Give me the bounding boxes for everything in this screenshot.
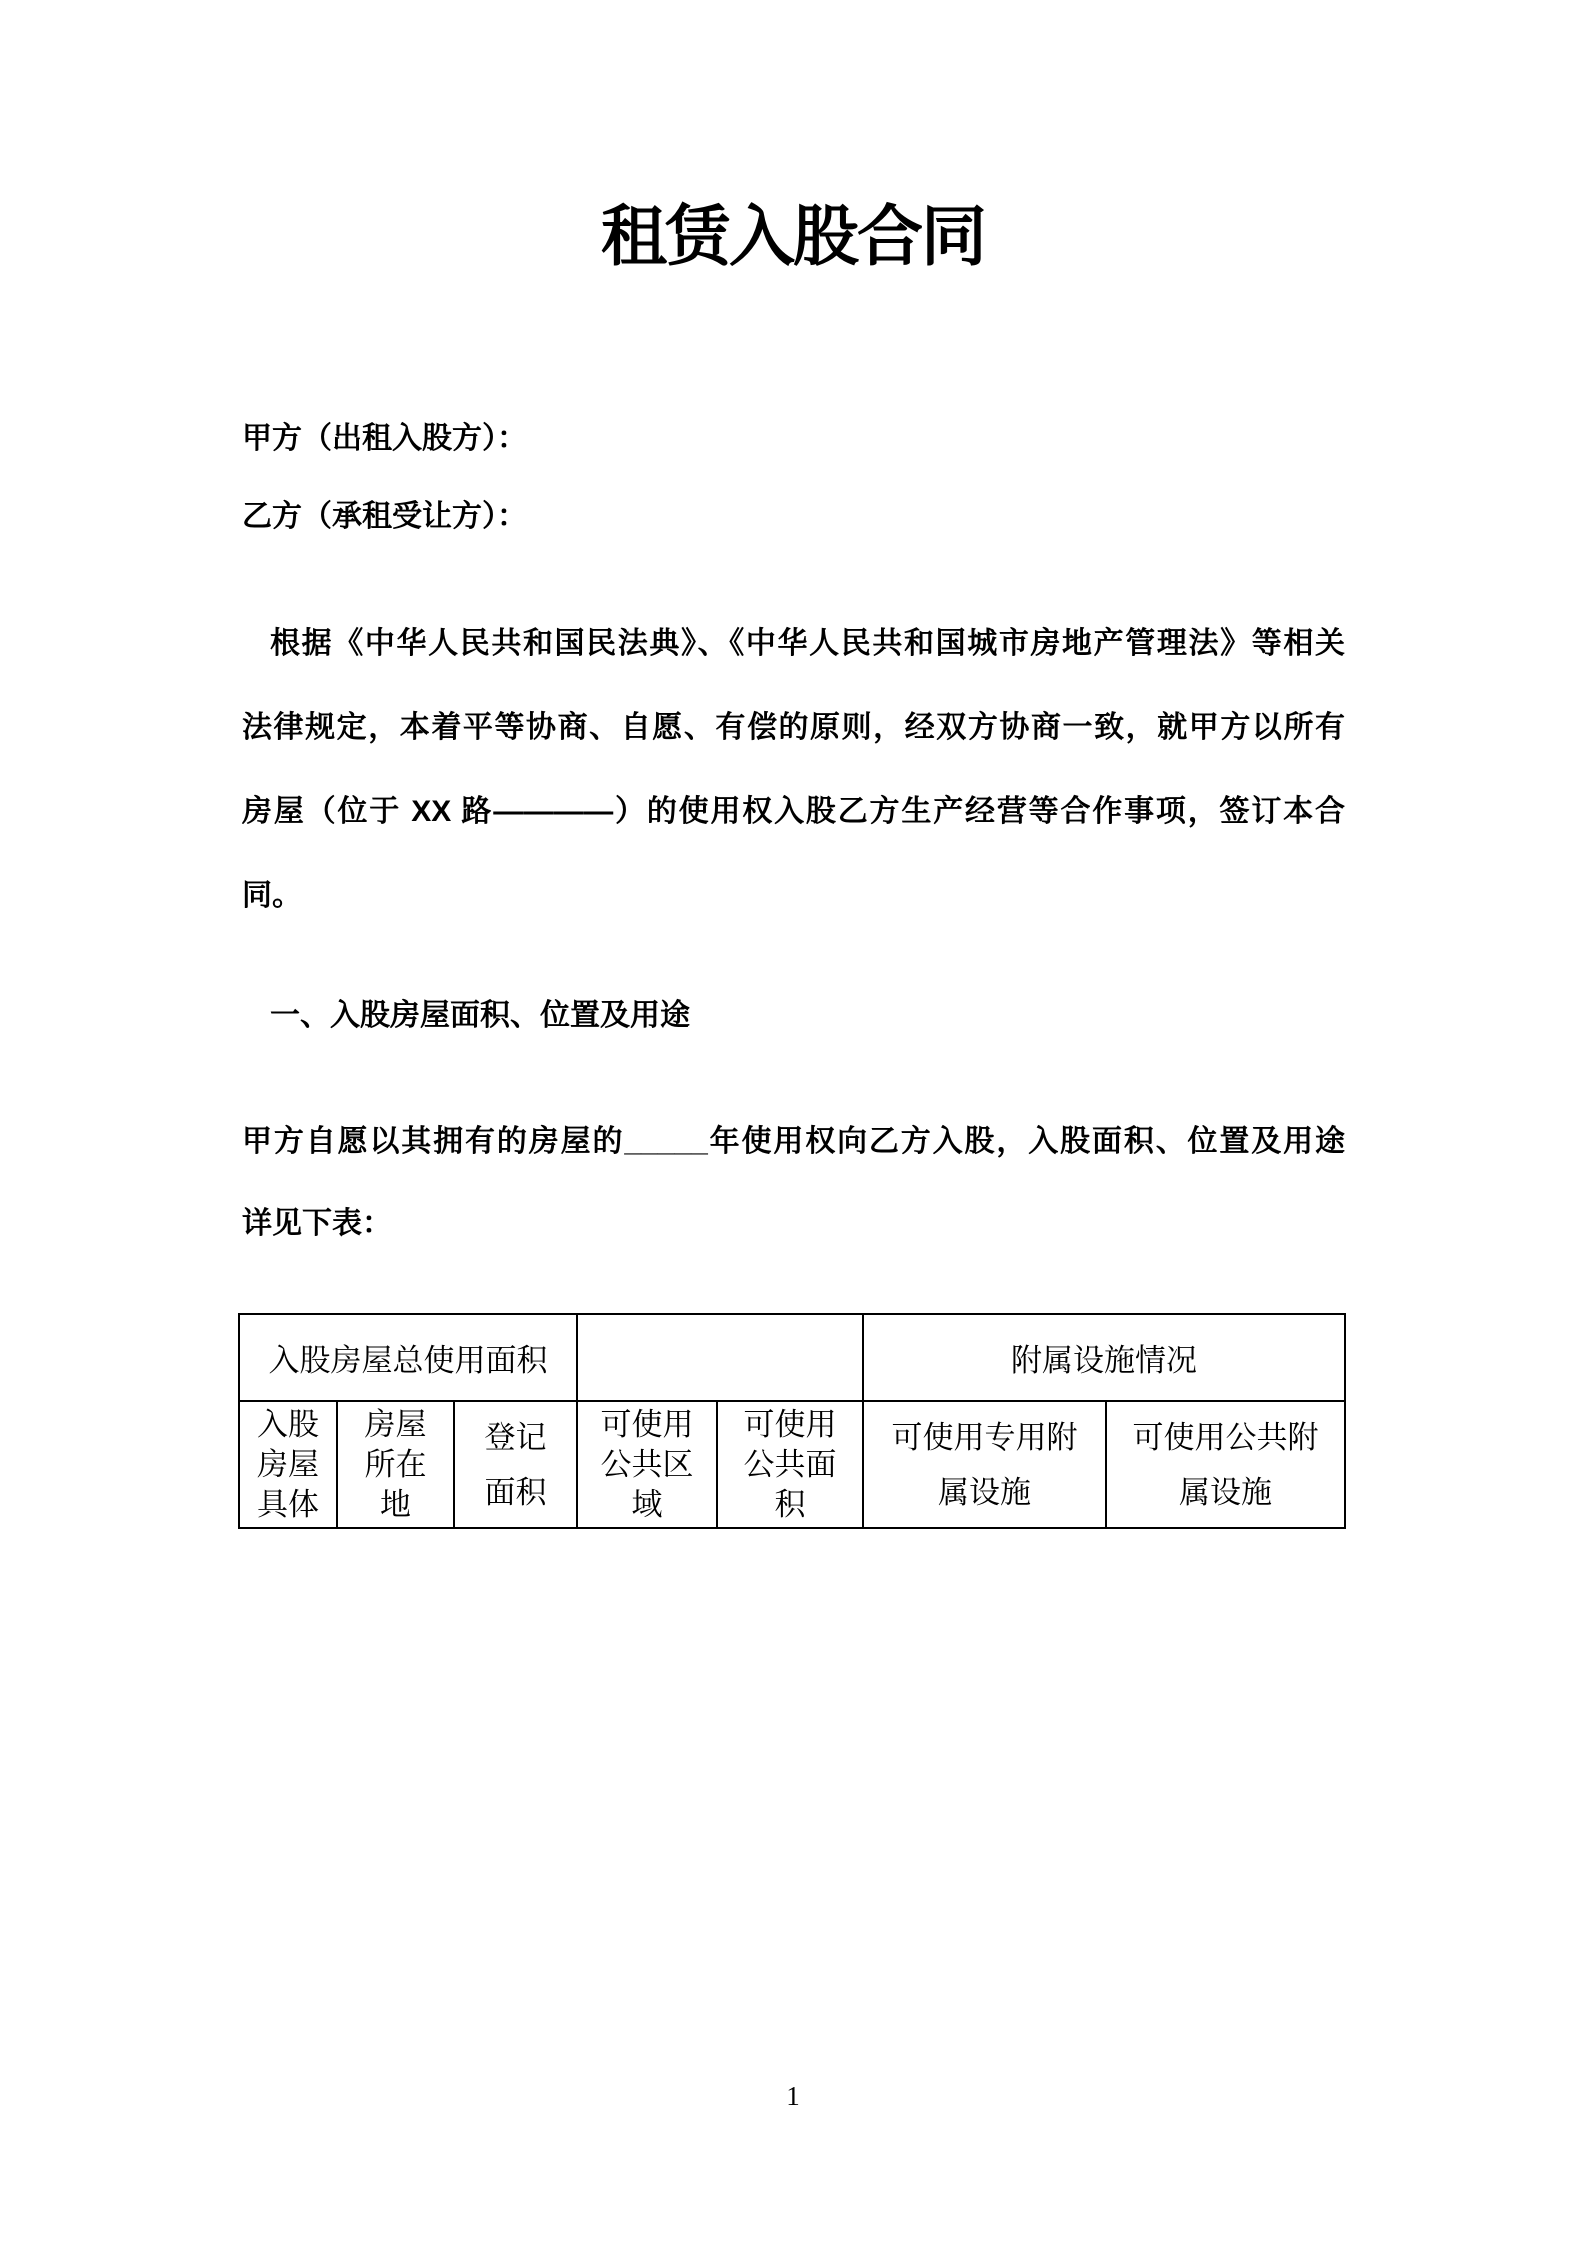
col-specific-house-label: 入股 房屋 具体 [240, 1405, 336, 1525]
th-total-use-area: 入股房屋总使用面积 [239, 1314, 577, 1401]
intro-line-4: 同。 [242, 879, 1345, 914]
section1-heading: 一、入股房屋面积、位置及用途 [242, 999, 1345, 1034]
housing-share-table: 入股房屋总使用面积 附属设施情况 入股 房屋 具体 房屋 所在 地 登记 面积 … [238, 1313, 1346, 1529]
page-number: 1 [0, 2082, 1586, 2112]
col-registered-area: 登记 面积 [454, 1401, 577, 1528]
table-header-row: 入股房屋总使用面积 附属设施情况 [239, 1314, 1345, 1401]
document-page: 租赁入股合同 甲方（出租入股方）： 乙方（承租受让方）： 根据《中华人民共和国民… [0, 0, 1586, 2244]
table-columns-row: 入股 房屋 具体 房屋 所在 地 登记 面积 可使用 公共区 域 可使用 公共面… [239, 1401, 1345, 1528]
col-usable-public-zone-label: 可使用 公共区 域 [578, 1405, 716, 1525]
col-dedicated-facilities-label: 可使用专用附 属设施 [864, 1410, 1105, 1520]
col-house-location-label: 房屋 所在 地 [338, 1405, 453, 1525]
col-usable-public-area-label: 可使用 公共面 积 [718, 1405, 862, 1525]
intro-line-3: 房屋（位于 XX 路————）的使用权入股乙方生产经营等合作事项，签订本合 [242, 795, 1345, 830]
section1-intro-line-1: 甲方自愿以其拥有的房屋的_____年使用权向乙方入股，入股面积、位置及用途 [242, 1125, 1345, 1160]
intro-line-1: 根据《中华人民共和国民法典》、《中华人民共和国城市房地产管理法》等相关 [242, 627, 1345, 662]
th-blank [577, 1314, 863, 1401]
col-public-facilities: 可使用公共附 属设施 [1106, 1401, 1345, 1528]
col-house-location: 房屋 所在 地 [337, 1401, 454, 1528]
th-auxiliary-facilities: 附属设施情况 [863, 1314, 1345, 1401]
col-public-facilities-label: 可使用公共附 属设施 [1107, 1410, 1344, 1520]
col-dedicated-facilities: 可使用专用附 属设施 [863, 1401, 1106, 1528]
intro-line-2: 法律规定，本着平等协商、自愿、有偿的原则，经双方协商一致，就甲方以所有 [242, 711, 1345, 746]
col-usable-public-zone: 可使用 公共区 域 [577, 1401, 717, 1528]
document-title: 租赁入股合同 [0, 202, 1586, 271]
party-b-line: 乙方（承租受让方）： [242, 500, 1345, 535]
col-registered-area-label: 登记 面积 [455, 1410, 576, 1520]
col-usable-public-area: 可使用 公共面 积 [717, 1401, 863, 1528]
section1-intro-line-2: 详见下表： [242, 1207, 1345, 1242]
col-specific-house: 入股 房屋 具体 [239, 1401, 337, 1528]
party-a-line: 甲方（出租入股方）： [242, 422, 1345, 457]
